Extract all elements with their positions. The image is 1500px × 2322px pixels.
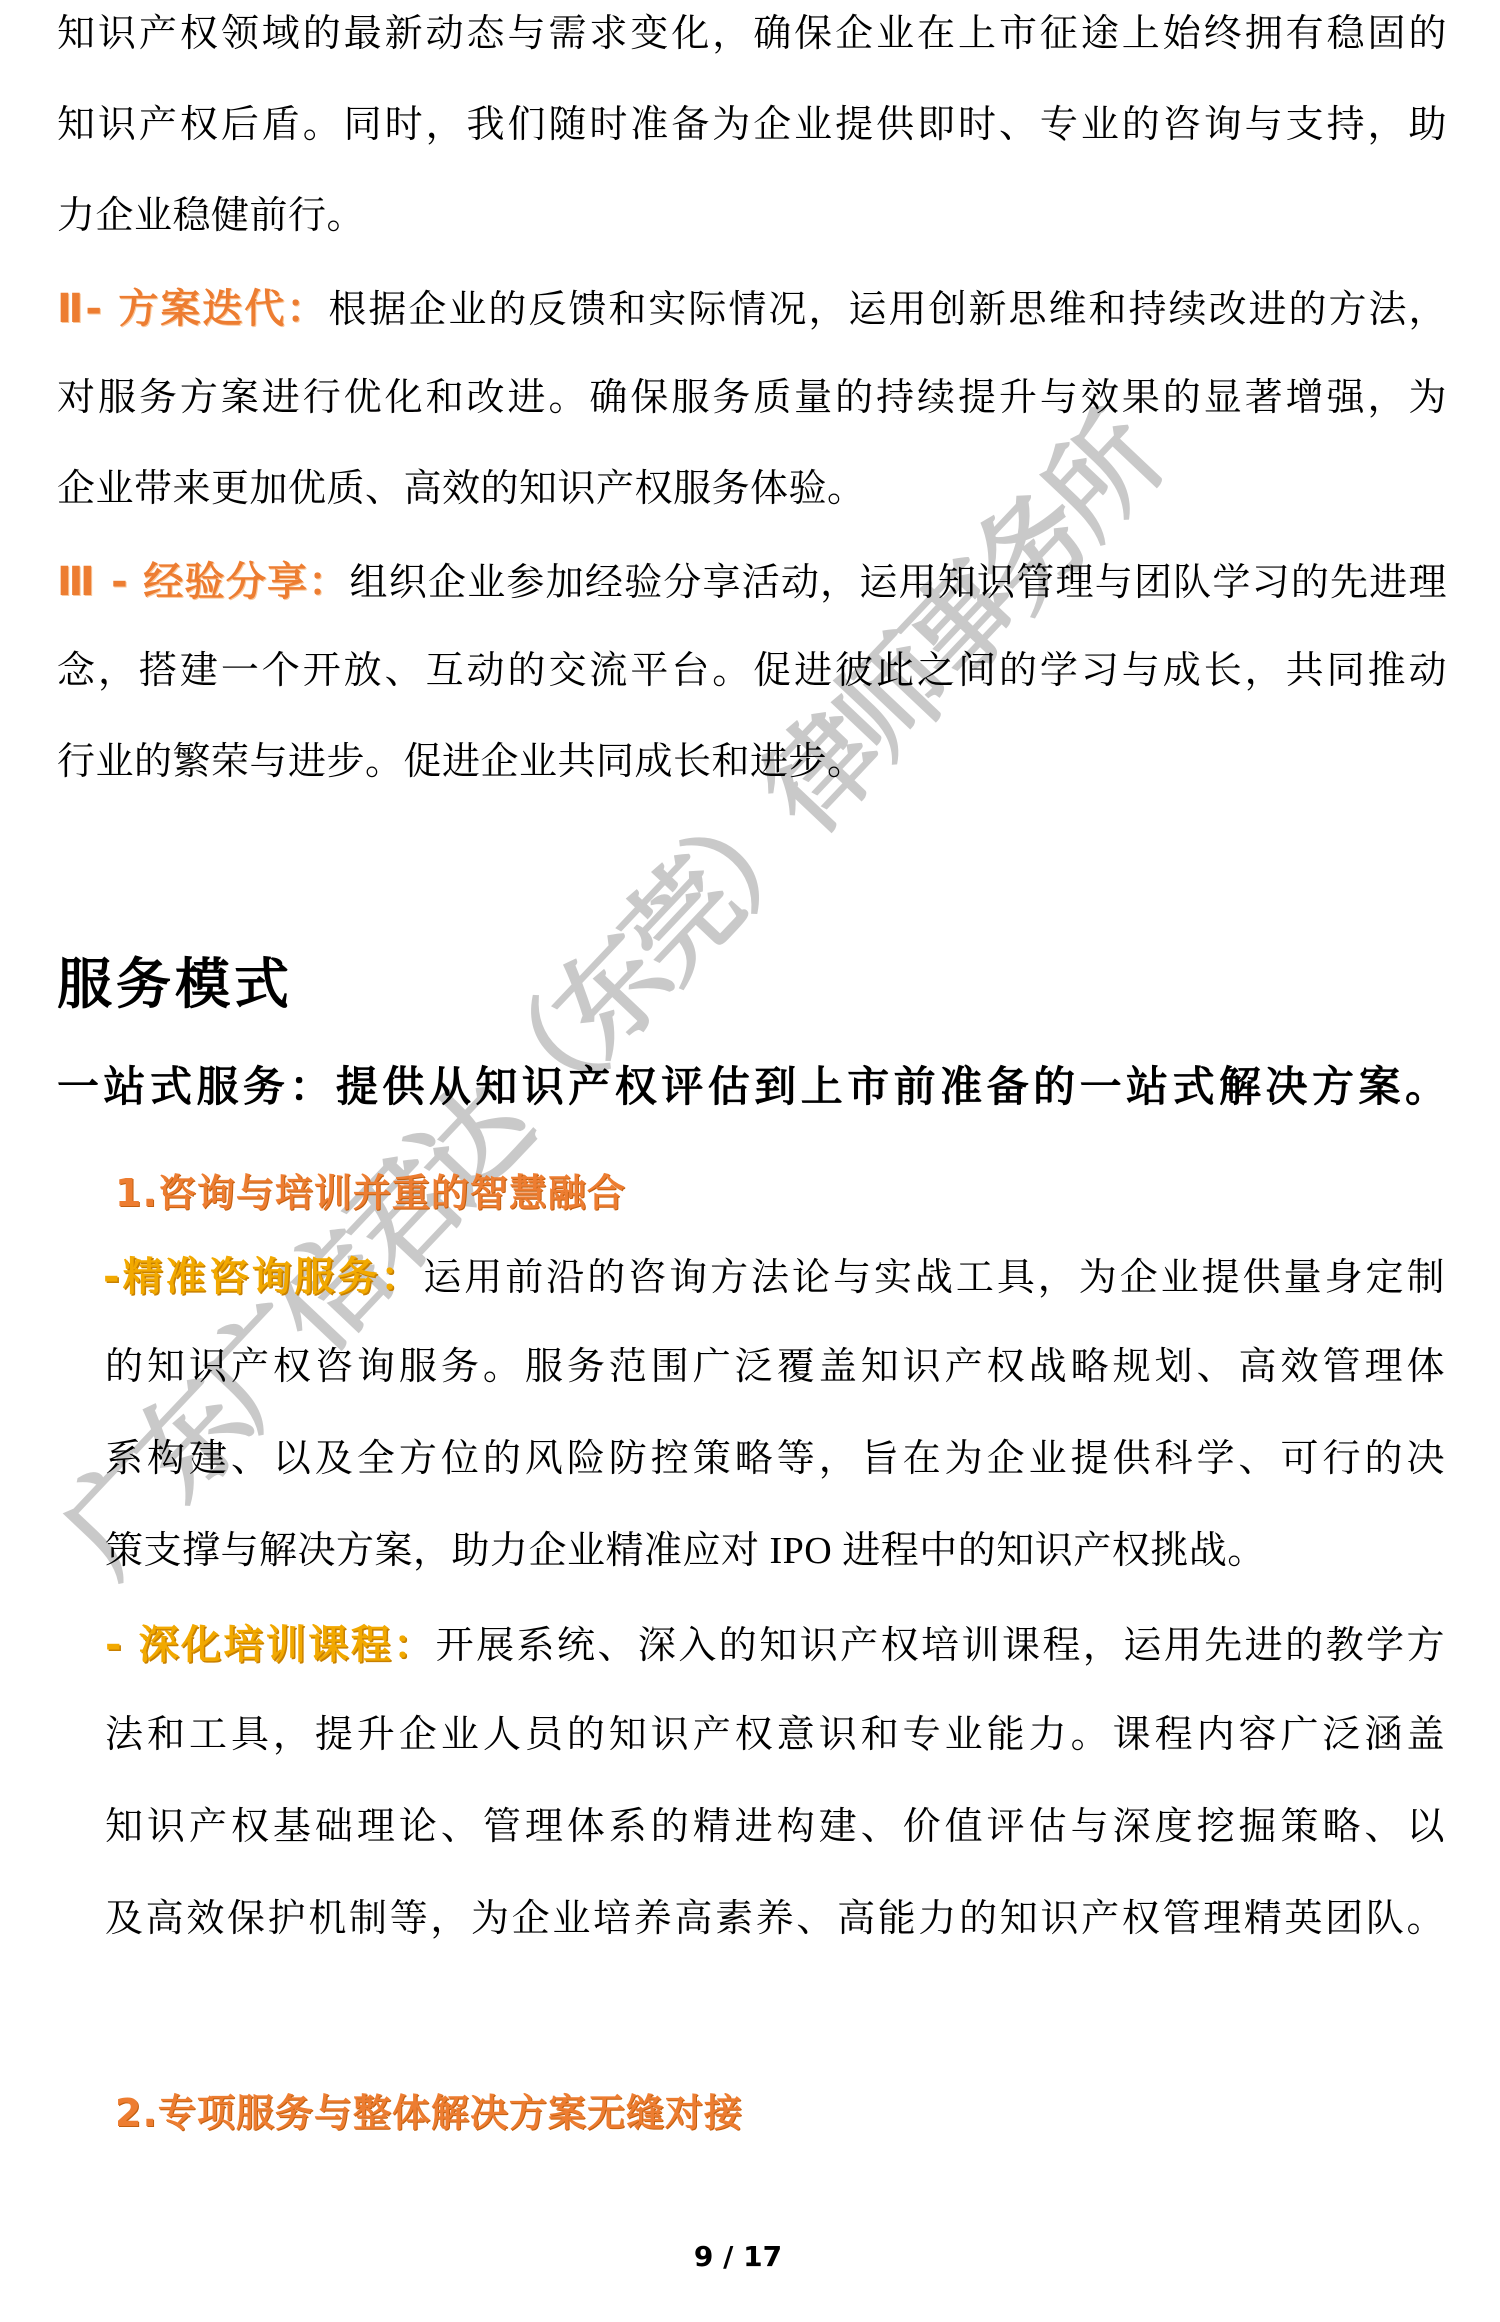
document-page: 广东广信君达（东莞）律师事务所 知识产权领域的最新动态与需求变化，确保企业在上市… — [0, 0, 1500, 2322]
service-item-line: 系构建、以及全方位的风险防控策略等，旨在为企业提供科学、可行的决 — [105, 1436, 1445, 1484]
subheading-consulting-training: 1.咨询与培训并重的智慧融合 — [115, 1162, 626, 1217]
intro-line: 行业的繁荣与进步。促进企业共同成长和进步。 — [57, 739, 866, 787]
intro-line-text: 组织企业参加经验分享活动，运用知识管理与团队学习的先进理 — [350, 562, 1447, 604]
one-stop-service-lead: 一站式服务：提供从知识产权评估到上市前准备的一站式解决方案。 — [57, 1062, 1447, 1115]
intro-line: 企业带来更加优质、高效的知识产权服务体验。 — [57, 466, 866, 514]
service-item-line: 法和工具，提升企业人员的知识产权意识和专业能力。课程内容广泛涵盖 — [105, 1712, 1445, 1760]
service-item-line: - 深化培训课程：开展系统、深入的知识产权培训课程，运用先进的教学方 — [105, 1620, 1445, 1671]
experience-sharing-label: Ⅲ - 经验分享： — [57, 559, 350, 605]
intro-line-text: 根据企业的反馈和实际情况，运用创新思维和持续改进的方法， — [328, 289, 1447, 331]
intro-line: Ⅲ - 经验分享：组织企业参加经验分享活动，运用知识管理与团队学习的先进理 — [57, 557, 1447, 608]
intro-line: 力企业稳健前行。 — [57, 193, 365, 241]
page-content: 知识产权领域的最新动态与需求变化，确保企业在上市征途上始终拥有稳固的 知识产权后… — [0, 0, 1500, 2322]
service-item-line: 策支撑与解决方案，助力企业精准应对 IPO 进程中的知识产权挑战。 — [105, 1528, 1266, 1576]
service-item-text: 开展系统、深入的知识产权培训课程，运用先进的教学方 — [436, 1625, 1445, 1667]
service-item-line: 及高效保护机制等，为企业培养高素养、高能力的知识产权管理精英团队。 — [105, 1896, 1445, 1944]
subheading-special-services: 2.专项服务与整体解决方案无缝对接 — [115, 2082, 743, 2137]
service-item-line: 的知识产权咨询服务。服务范围广泛覆盖知识产权战略规划、高效管理体 — [105, 1344, 1445, 1392]
section-title-service-mode: 服务模式 — [57, 952, 293, 1018]
intro-line: 念，搭建一个开放、互动的交流平台。促进彼此之间的学习与成长，共同推动 — [57, 648, 1447, 696]
intro-line: 知识产权后盾。同时，我们随时准备为企业提供即时、专业的咨询与支持，助 — [57, 102, 1447, 150]
intro-line: Ⅱ- 方案迭代：根据企业的反馈和实际情况，运用创新思维和持续改进的方法， — [57, 284, 1447, 335]
plan-iteration-label: Ⅱ- 方案迭代： — [57, 286, 328, 332]
precise-consulting-label: -精准咨询服务： — [103, 1254, 423, 1300]
service-item-text: 运用前沿的咨询方法论与实战工具，为企业提供量身定制 — [423, 1257, 1445, 1299]
intro-line: 对服务方案进行优化和改进。确保服务质量的持续提升与效果的显著增强，为 — [57, 375, 1447, 423]
page-number: 9 / 17 — [694, 2240, 782, 2273]
service-item-line: -精准咨询服务：运用前沿的咨询方法论与实战工具，为企业提供量身定制 — [103, 1252, 1445, 1303]
training-course-label: - 深化培训课程： — [105, 1622, 436, 1668]
intro-line: 知识产权领域的最新动态与需求变化，确保企业在上市征途上始终拥有稳固的 — [57, 11, 1447, 59]
service-item-line: 知识产权基础理论、管理体系的精进构建、价值评估与深度挖掘策略、以 — [105, 1804, 1445, 1852]
